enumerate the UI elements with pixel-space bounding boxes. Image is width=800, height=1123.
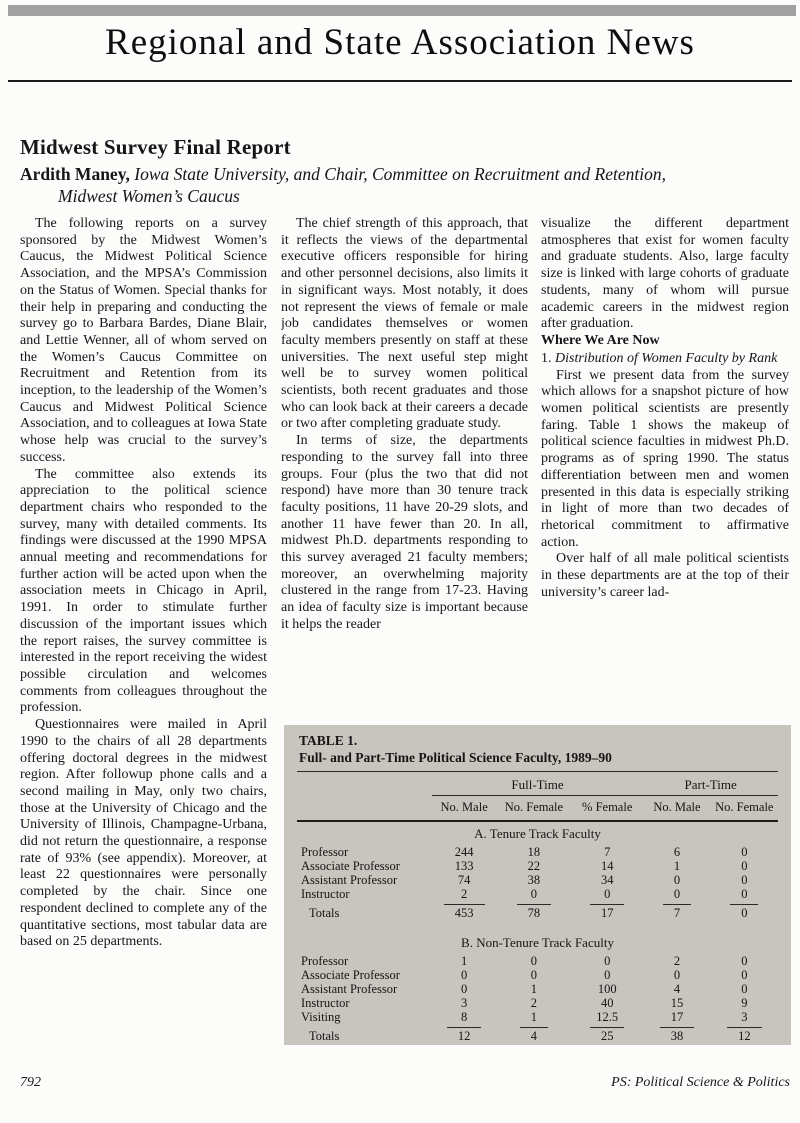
cell: 22 — [497, 859, 572, 873]
text-column-1: The following reports on a survey sponso… — [20, 216, 267, 1061]
cell: 12.5 — [571, 1010, 643, 1024]
section-a-title-row: A. Tenure Track Faculty — [297, 821, 778, 845]
cell: 17 — [643, 1010, 710, 1024]
cell: 0 — [711, 873, 778, 887]
cell: 14 — [571, 859, 643, 873]
table-row: Professor 1 0 0 2 0 — [297, 954, 778, 968]
table-title: Full- and Part-Time Political Science Fa… — [299, 750, 612, 765]
row-label: Associate Professor — [297, 859, 432, 873]
cell: 15 — [643, 996, 710, 1010]
journal-name: PS: Political Science & Politics — [611, 1075, 790, 1091]
paragraph: visualize the different department atmos… — [541, 216, 789, 333]
paragraph: The following reports on a survey sponso… — [20, 216, 267, 467]
cell: 0 — [497, 968, 572, 982]
col-header: No. Female — [711, 796, 778, 822]
table-group-header-row: Full-TimePart-Time — [297, 772, 778, 796]
total-value: 4 — [520, 1027, 548, 1044]
cell: 2 — [643, 954, 710, 968]
cell: 0 — [711, 968, 778, 982]
total-value: 78 — [517, 904, 552, 921]
row-label: Assistant Professor — [297, 873, 432, 887]
total-value: 38 — [660, 1027, 695, 1044]
totals-row: Totals 12 4 25 38 12 — [297, 1024, 778, 1045]
col-header: No. Male — [432, 796, 497, 822]
table-1: TABLE 1. Full- and Part-Time Political S… — [284, 725, 791, 1045]
cell: 100 — [571, 982, 643, 996]
subsection-title: Distribution of Women Faculty by Rank — [555, 351, 777, 366]
totals-label: Totals — [297, 901, 432, 923]
header-bar — [8, 5, 796, 16]
cell: 25 — [571, 1024, 643, 1045]
page-number: 792 — [20, 1075, 41, 1091]
cell: 0 — [497, 954, 572, 968]
cell: 0 — [643, 887, 710, 901]
text-column-3: visualize the different department atmos… — [541, 216, 789, 722]
row-label: Assistant Professor — [297, 982, 432, 996]
cell: 0 — [571, 954, 643, 968]
row-label: Instructor — [297, 887, 432, 901]
cell: 34 — [571, 873, 643, 887]
cell: 12 — [432, 1024, 497, 1045]
cell: 38 — [497, 873, 572, 887]
spacer-cell — [297, 923, 778, 931]
total-value: 12 — [447, 1027, 482, 1044]
cell: 2 — [432, 887, 497, 901]
cell: 0 — [643, 968, 710, 982]
paragraph: Over half of all male political scientis… — [541, 551, 789, 601]
totals-label: Totals — [297, 1024, 432, 1045]
totals-row: Totals 453 78 17 7 0 — [297, 901, 778, 923]
journal-section-title: Regional and State Association News — [0, 21, 800, 64]
cell: 0 — [711, 845, 778, 859]
col-header: No. Female — [497, 796, 572, 822]
table-row: Professor 244 18 7 6 0 — [297, 845, 778, 859]
table-column-header-row: No. Male No. Female % Female No. Male No… — [297, 796, 778, 822]
paragraph: In terms of size, the departments respon… — [281, 433, 528, 633]
section-b-title-row: B. Non-Tenure Track Faculty — [297, 931, 778, 954]
cell: 1 — [497, 982, 572, 996]
row-label: Instructor — [297, 996, 432, 1010]
cell: 18 — [497, 845, 572, 859]
cell: 74 — [432, 873, 497, 887]
paragraph: The chief strength of this approach, tha… — [281, 216, 528, 433]
section-title: A. Tenure Track Faculty — [297, 821, 778, 845]
cell: 6 — [643, 845, 710, 859]
cell: 0 — [571, 968, 643, 982]
cell: 1 — [643, 859, 710, 873]
cell: 12 — [711, 1024, 778, 1045]
cell: 0 — [497, 887, 572, 901]
spacer-cell — [297, 796, 432, 822]
cell: 7 — [571, 845, 643, 859]
subsection-number: 1. — [541, 351, 552, 366]
table-row: Instructor 3 2 40 15 9 — [297, 996, 778, 1010]
paragraph: First we present data from the survey wh… — [541, 368, 789, 552]
cell: 0 — [711, 954, 778, 968]
row-label: Associate Professor — [297, 968, 432, 982]
cell: 0 — [711, 887, 778, 901]
cell: 17 — [571, 901, 643, 923]
cell: 4 — [497, 1024, 572, 1045]
cell: 453 — [432, 901, 497, 923]
cell: 0 — [643, 873, 710, 887]
row-label: Professor — [297, 954, 432, 968]
cell: 7 — [643, 901, 710, 923]
row-label: Professor — [297, 845, 432, 859]
section-heading: Where We Are Now — [541, 333, 789, 350]
byline-affiliation-2: Midwest Women’s Caucus — [20, 185, 770, 207]
total-value: 7 — [663, 904, 691, 921]
table-row: Assistant Professor 74 38 34 0 0 — [297, 873, 778, 887]
cell: 1 — [497, 1010, 572, 1024]
total-value: 453 — [444, 904, 485, 921]
total-value: 12 — [727, 1027, 762, 1044]
table-row: Associate Professor 133 22 14 1 0 — [297, 859, 778, 873]
table-row: Visiting 8 1 12.5 17 3 — [297, 1010, 778, 1024]
cell: 3 — [432, 996, 497, 1010]
col-header: No. Male — [643, 796, 710, 822]
cell: 244 — [432, 845, 497, 859]
total-value: 25 — [590, 1027, 625, 1044]
row-label: Visiting — [297, 1010, 432, 1024]
text-column-2: The chief strength of this approach, tha… — [281, 216, 528, 722]
cell: 38 — [643, 1024, 710, 1045]
cell: 0 — [711, 901, 778, 923]
cell: 2 — [497, 996, 572, 1010]
article-title: Midwest Survey Final Report — [20, 135, 720, 160]
group-header-fulltime: Full-Time — [432, 772, 644, 796]
table-label: TABLE 1. — [299, 733, 357, 748]
group-header-parttime: Part-Time — [643, 772, 778, 796]
byline: Ardith Maney, Iowa State University, and… — [20, 163, 770, 207]
subsection-heading: 1. Distribution of Women Faculty by Rank — [541, 350, 789, 368]
table-caption: TABLE 1. Full- and Part-Time Political S… — [297, 725, 778, 771]
section-title: B. Non-Tenure Track Faculty — [297, 931, 778, 954]
cell: 0 — [432, 982, 497, 996]
title-divider — [8, 80, 792, 82]
cell: 0 — [711, 982, 778, 996]
cell: 133 — [432, 859, 497, 873]
cell: 78 — [497, 901, 572, 923]
table-row: Assistant Professor 0 1 100 4 0 — [297, 982, 778, 996]
cell: 1 — [432, 954, 497, 968]
cell: 40 — [571, 996, 643, 1010]
spacer-row — [297, 923, 778, 931]
table-row: Associate Professor 0 0 0 0 0 — [297, 968, 778, 982]
faculty-table: Full-TimePart-Time No. Male No. Female %… — [297, 771, 778, 1045]
total-value: 17 — [590, 904, 625, 921]
byline-affiliation: Iowa State University, and Chair, Commit… — [134, 164, 666, 184]
cell: 0 — [711, 859, 778, 873]
cell: 0 — [432, 968, 497, 982]
cell: 3 — [711, 1010, 778, 1024]
table-row: Instructor 2 0 0 0 0 — [297, 887, 778, 901]
cell: 8 — [432, 1010, 497, 1024]
col-header: % Female — [571, 796, 643, 822]
cell: 9 — [711, 996, 778, 1010]
paragraph: The committee also extends its appreciat… — [20, 467, 267, 718]
spacer-cell — [297, 772, 432, 796]
total-value: 0 — [730, 904, 758, 921]
byline-author: Ardith Maney, — [20, 164, 130, 184]
paragraph: Questionnaires were mailed in April 1990… — [20, 717, 267, 951]
cell: 0 — [571, 887, 643, 901]
cell: 4 — [643, 982, 710, 996]
